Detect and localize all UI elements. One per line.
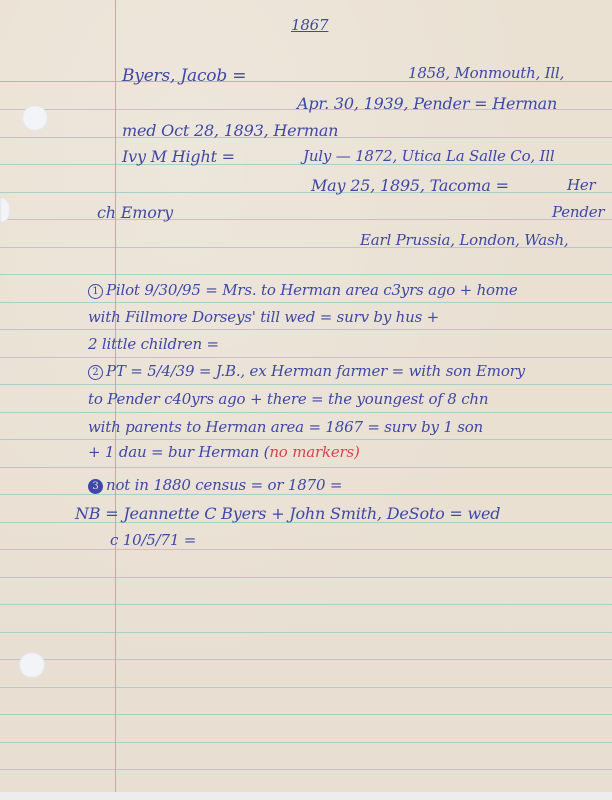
spouse-name: Ivy M Hight = [122,149,235,165]
note-marker: 1 [88,284,103,299]
ruled-line [0,549,612,550]
note-2-line-4: + 1 dau = bur Herman (no markers) [88,445,360,460]
note-1-line-3: 2 little children = [88,337,219,352]
nb-line-1: NB = Jeannette C Byers + John Smith, DeS… [75,506,500,522]
ruled-line [0,742,612,743]
nb-line-2: c 10/5/71 = [110,533,196,548]
closing-paren: ) [354,443,360,461]
note-2-line-3: with parents to Herman area = 1867 = sur… [88,420,483,435]
punch-hole [19,652,45,678]
notebook-page: 1867 Byers, Jacob = 1858, Monmouth, Ill,… [0,0,612,792]
note-text: Pilot 9/30/95 = Mrs. to Herman area c3yr… [106,281,518,299]
note-1-line-1: 1Pilot 9/30/95 = Mrs. to Herman area c3y… [88,283,518,299]
marriage-info: med Oct 28, 1893, Herman [122,123,338,139]
note-marker: 3 [88,479,103,494]
note-1-line-2: with Fillmore Dorseys' till wed = surv b… [88,310,439,325]
note-text: not in 1880 census = or 1870 = [106,476,342,494]
ruled-line [0,219,612,220]
ruled-line [0,577,612,578]
spouse-burial-line3: Earl Prussia, London, Wash, [360,233,569,248]
spouse-birth: July — 1872, Utica La Salle Co, Ill [303,149,554,164]
ruled-line [0,302,612,303]
note-text: PT = 5/4/39 = J.B., ex Herman farmer = w… [106,362,525,380]
ruled-line [0,357,612,358]
note-text: + 1 dau = bur Herman ( [88,443,269,461]
note-2-line-1: 2PT = 5/4/39 = J.B., ex Herman farmer = … [88,364,525,380]
scan-border [0,792,612,800]
death-info: Apr. 30, 1939, Pender = Herman [297,96,557,112]
ruled-line [0,439,612,440]
red-annotation: no markers [269,443,354,461]
ruled-line [0,412,612,413]
spouse-burial-line2: Pender [552,205,604,220]
ruled-line [0,274,612,275]
ruled-line [0,494,612,495]
person-name: Byers, Jacob = [122,68,246,85]
note-marker: 2 [88,365,103,380]
ruled-line [0,632,612,633]
spouse-death: May 25, 1895, Tacoma = [311,178,509,194]
ruled-line [0,329,612,330]
ruled-line [0,769,612,770]
ruled-line [0,604,612,605]
page-title: 1867 [291,18,328,33]
children: ch Emory [97,205,173,221]
note-2-line-2: to Pender c40yrs ago + there = the young… [88,392,488,407]
ruled-line [0,659,612,660]
note-3-line-1: 3not in 1880 census = or 1870 = [88,478,342,494]
ruled-line [0,687,612,688]
ruled-line [0,384,612,385]
birth-info: 1858, Monmouth, Ill, [408,66,564,81]
ruled-line [0,192,612,193]
spouse-burial-line1: Her [567,178,596,193]
ruled-line [0,467,612,468]
punch-hole [22,105,48,131]
ruled-line [0,714,612,715]
